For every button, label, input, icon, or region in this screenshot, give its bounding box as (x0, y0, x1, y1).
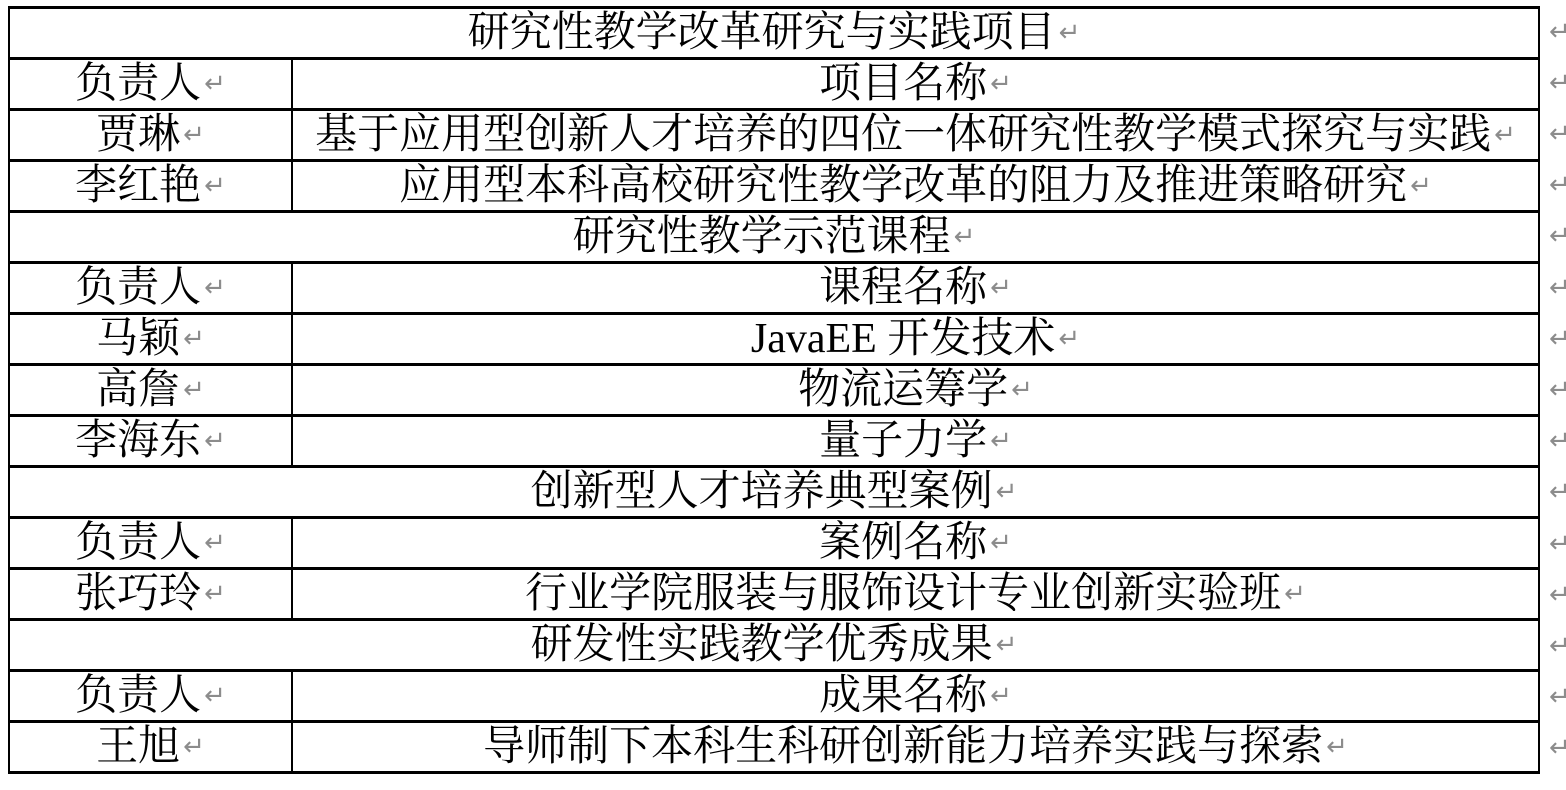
cell-end-mark: ↵ (1494, 120, 1516, 150)
name-cell[interactable]: 应用型本科高校研究性教学改革的阻力及推进策略研究↵ (292, 161, 1539, 212)
row-end-mark: ↵ (1549, 324, 1566, 354)
row-end-mark: ↵ (1549, 580, 1566, 610)
cell-end-mark: ↵ (183, 120, 205, 150)
row-end-slot: ↵ (1549, 160, 1566, 211)
table-row: 张巧玲↵ 行业学院服装与服饰设计专业创新实验班↵ (9, 569, 1539, 620)
name-text: 导师制下本科生科研创新能力培养实践与探索 (483, 724, 1323, 770)
row-end-slot: ↵ (1549, 569, 1566, 620)
name-text: 量子力学 (819, 418, 987, 464)
row-end-mark: ↵ (1549, 631, 1566, 661)
row-end-slot: ↵ (1549, 467, 1566, 518)
name-header-text: 项目名称 (819, 61, 987, 107)
person-cell[interactable]: 马颖↵ (9, 314, 292, 365)
row-end-slot: ↵ (1549, 57, 1566, 108)
name-cell[interactable]: 导师制下本科生科研创新能力培养实践与探索↵ (292, 722, 1539, 773)
person-text: 高詹 (96, 367, 180, 413)
person-header-text: 负责人 (75, 673, 201, 719)
cell-end-mark: ↵ (1410, 171, 1432, 201)
cell-end-mark: ↵ (204, 69, 226, 99)
table-row: 李海东↵ 量子力学↵ (9, 416, 1539, 467)
row-end-slot: ↵ (1549, 262, 1566, 313)
row-end-mark: ↵ (1549, 17, 1566, 47)
cell-end-mark: ↵ (204, 426, 226, 456)
person-cell[interactable]: 张巧玲↵ (9, 569, 292, 620)
person-header-text: 负责人 (75, 265, 201, 311)
row-end-mark: ↵ (1549, 426, 1566, 456)
person-text: 李红艳 (75, 163, 201, 209)
row-end-slot: ↵ (1549, 518, 1566, 569)
row-end-mark: ↵ (1549, 529, 1566, 559)
row-end-slot: ↵ (1549, 6, 1566, 57)
person-cell[interactable]: 李红艳↵ (9, 161, 292, 212)
row-end-slot: ↵ (1549, 364, 1566, 415)
section-1-header-row: 负责人↵ 项目名称↵ (9, 59, 1539, 110)
table-row: 高詹↵ 物流运筹学↵ (9, 365, 1539, 416)
person-text: 王旭 (96, 724, 180, 770)
name-cell[interactable]: JavaEE 开发技术↵ (292, 314, 1539, 365)
person-text: 马颖 (96, 316, 180, 362)
section-title-cell[interactable]: 研发性实践教学优秀成果↵ (9, 620, 1539, 671)
person-text: 李海东 (75, 418, 201, 464)
name-cell[interactable]: 基于应用型创新人才培养的四位一体研究性教学模式探究与实践↵ (292, 110, 1539, 161)
cell-end-mark: ↵ (990, 273, 1012, 303)
row-end-slot: ↵ (1549, 723, 1566, 774)
cell-end-mark: ↵ (204, 528, 226, 558)
person-text: 贾琳 (96, 112, 180, 158)
row-end-mark: ↵ (1549, 221, 1566, 251)
section-title-cell[interactable]: 研究性教学改革研究与实践项目↵ (9, 8, 1539, 59)
cell-end-mark: ↵ (1326, 732, 1348, 762)
section-2-title-row: 研究性教学示范课程↵ (9, 212, 1539, 263)
name-text: 基于应用型创新人才培养的四位一体研究性教学模式探究与实践 (315, 112, 1491, 158)
cell-end-mark: ↵ (183, 375, 205, 405)
person-header-cell[interactable]: 负责人↵ (9, 59, 292, 110)
row-end-mark: ↵ (1549, 68, 1566, 98)
row-end-slot: ↵ (1549, 416, 1566, 467)
name-cell[interactable]: 行业学院服装与服饰设计专业创新实验班↵ (292, 569, 1539, 620)
name-text: 行业学院服装与服饰设计专业创新实验班 (525, 571, 1281, 617)
section-title-cell[interactable]: 研究性教学示范课程↵ (9, 212, 1539, 263)
cell-end-mark: ↵ (183, 732, 205, 762)
row-end-slot: ↵ (1549, 108, 1566, 159)
name-header-text: 课程名称 (819, 265, 987, 311)
table-row: 马颖↵ JavaEE 开发技术↵ (9, 314, 1539, 365)
name-header-cell[interactable]: 成果名称↵ (292, 671, 1539, 722)
section-title-text: 研究性教学改革研究与实践项目 (468, 10, 1056, 56)
section-title-text: 研究性教学示范课程 (573, 214, 951, 260)
name-text: 物流运筹学 (798, 367, 1008, 413)
row-end-slot: ↵ (1549, 620, 1566, 671)
person-cell[interactable]: 王旭↵ (9, 722, 292, 773)
word-document-page: 研究性教学改革研究与实践项目↵ 负责人↵ 项目名称↵ 贾琳↵ 基于应用型创新人才… (0, 0, 1566, 790)
table-row: 贾琳↵ 基于应用型创新人才培养的四位一体研究性教学模式探究与实践↵ (9, 110, 1539, 161)
person-header-text: 负责人 (75, 61, 201, 107)
name-header-cell[interactable]: 课程名称↵ (292, 263, 1539, 314)
person-text: 张巧玲 (75, 571, 201, 617)
cell-end-mark: ↵ (990, 426, 1012, 456)
projects-table: 研究性教学改革研究与实践项目↵ 负责人↵ 项目名称↵ 贾琳↵ 基于应用型创新人才… (8, 6, 1540, 774)
section-4-title-row: 研发性实践教学优秀成果↵ (9, 620, 1539, 671)
name-text: JavaEE 开发技术 (751, 316, 1055, 362)
row-end-marks-column: ↵ ↵ ↵ ↵ ↵ ↵ ↵ ↵ ↵ ↵ ↵ ↵ ↵ ↵ ↵ (1549, 6, 1566, 774)
row-end-slot: ↵ (1549, 672, 1566, 723)
section-3-title-row: 创新型人才培养典型案例↵ (9, 467, 1539, 518)
cell-end-mark: ↵ (204, 273, 226, 303)
row-end-mark: ↵ (1549, 170, 1566, 200)
cell-end-mark: ↵ (990, 681, 1012, 711)
name-header-cell[interactable]: 项目名称↵ (292, 59, 1539, 110)
name-text: 应用型本科高校研究性教学改革的阻力及推进策略研究 (399, 163, 1407, 209)
cell-end-mark: ↵ (204, 171, 226, 201)
section-title-cell[interactable]: 创新型人才培养典型案例↵ (9, 467, 1539, 518)
row-end-mark: ↵ (1549, 682, 1566, 712)
cell-end-mark: ↵ (204, 579, 226, 609)
name-header-cell[interactable]: 案例名称↵ (292, 518, 1539, 569)
cell-end-mark: ↵ (183, 324, 205, 354)
name-header-text: 成果名称 (819, 673, 987, 719)
row-end-mark: ↵ (1549, 477, 1566, 507)
name-header-text: 案例名称 (819, 520, 987, 566)
person-header-cell[interactable]: 负责人↵ (9, 518, 292, 569)
cell-end-mark: ↵ (990, 69, 1012, 99)
cell-end-mark: ↵ (1284, 579, 1306, 609)
section-1-title-row: 研究性教学改革研究与实践项目↵ (9, 8, 1539, 59)
row-end-mark: ↵ (1549, 119, 1566, 149)
row-end-mark: ↵ (1549, 273, 1566, 303)
row-end-mark: ↵ (1549, 733, 1566, 763)
table-row: 李红艳↵ 应用型本科高校研究性教学改革的阻力及推进策略研究↵ (9, 161, 1539, 212)
section-4-header-row: 负责人↵ 成果名称↵ (9, 671, 1539, 722)
person-cell[interactable]: 贾琳↵ (9, 110, 292, 161)
section-2-header-row: 负责人↵ 课程名称↵ (9, 263, 1539, 314)
cell-end-mark: ↵ (996, 630, 1018, 660)
row-end-slot: ↵ (1549, 211, 1566, 262)
person-header-cell[interactable]: 负责人↵ (9, 263, 292, 314)
person-header-cell[interactable]: 负责人↵ (9, 671, 292, 722)
section-title-text: 创新型人才培养典型案例 (531, 469, 993, 515)
section-title-text: 研发性实践教学优秀成果 (531, 622, 993, 668)
cell-end-mark: ↵ (1011, 375, 1033, 405)
cell-end-mark: ↵ (204, 681, 226, 711)
person-cell[interactable]: 李海东↵ (9, 416, 292, 467)
cell-end-mark: ↵ (954, 222, 976, 252)
person-header-text: 负责人 (75, 520, 201, 566)
cell-end-mark: ↵ (1058, 324, 1080, 354)
cell-end-mark: ↵ (996, 477, 1018, 507)
name-cell[interactable]: 量子力学↵ (292, 416, 1539, 467)
person-cell[interactable]: 高詹↵ (9, 365, 292, 416)
table-row: 王旭↵ 导师制下本科生科研创新能力培养实践与探索↵ (9, 722, 1539, 773)
cell-end-mark: ↵ (1059, 18, 1081, 48)
name-cell[interactable]: 物流运筹学↵ (292, 365, 1539, 416)
row-end-slot: ↵ (1549, 313, 1566, 364)
row-end-mark: ↵ (1549, 375, 1566, 405)
cell-end-mark: ↵ (990, 528, 1012, 558)
section-3-header-row: 负责人↵ 案例名称↵ (9, 518, 1539, 569)
